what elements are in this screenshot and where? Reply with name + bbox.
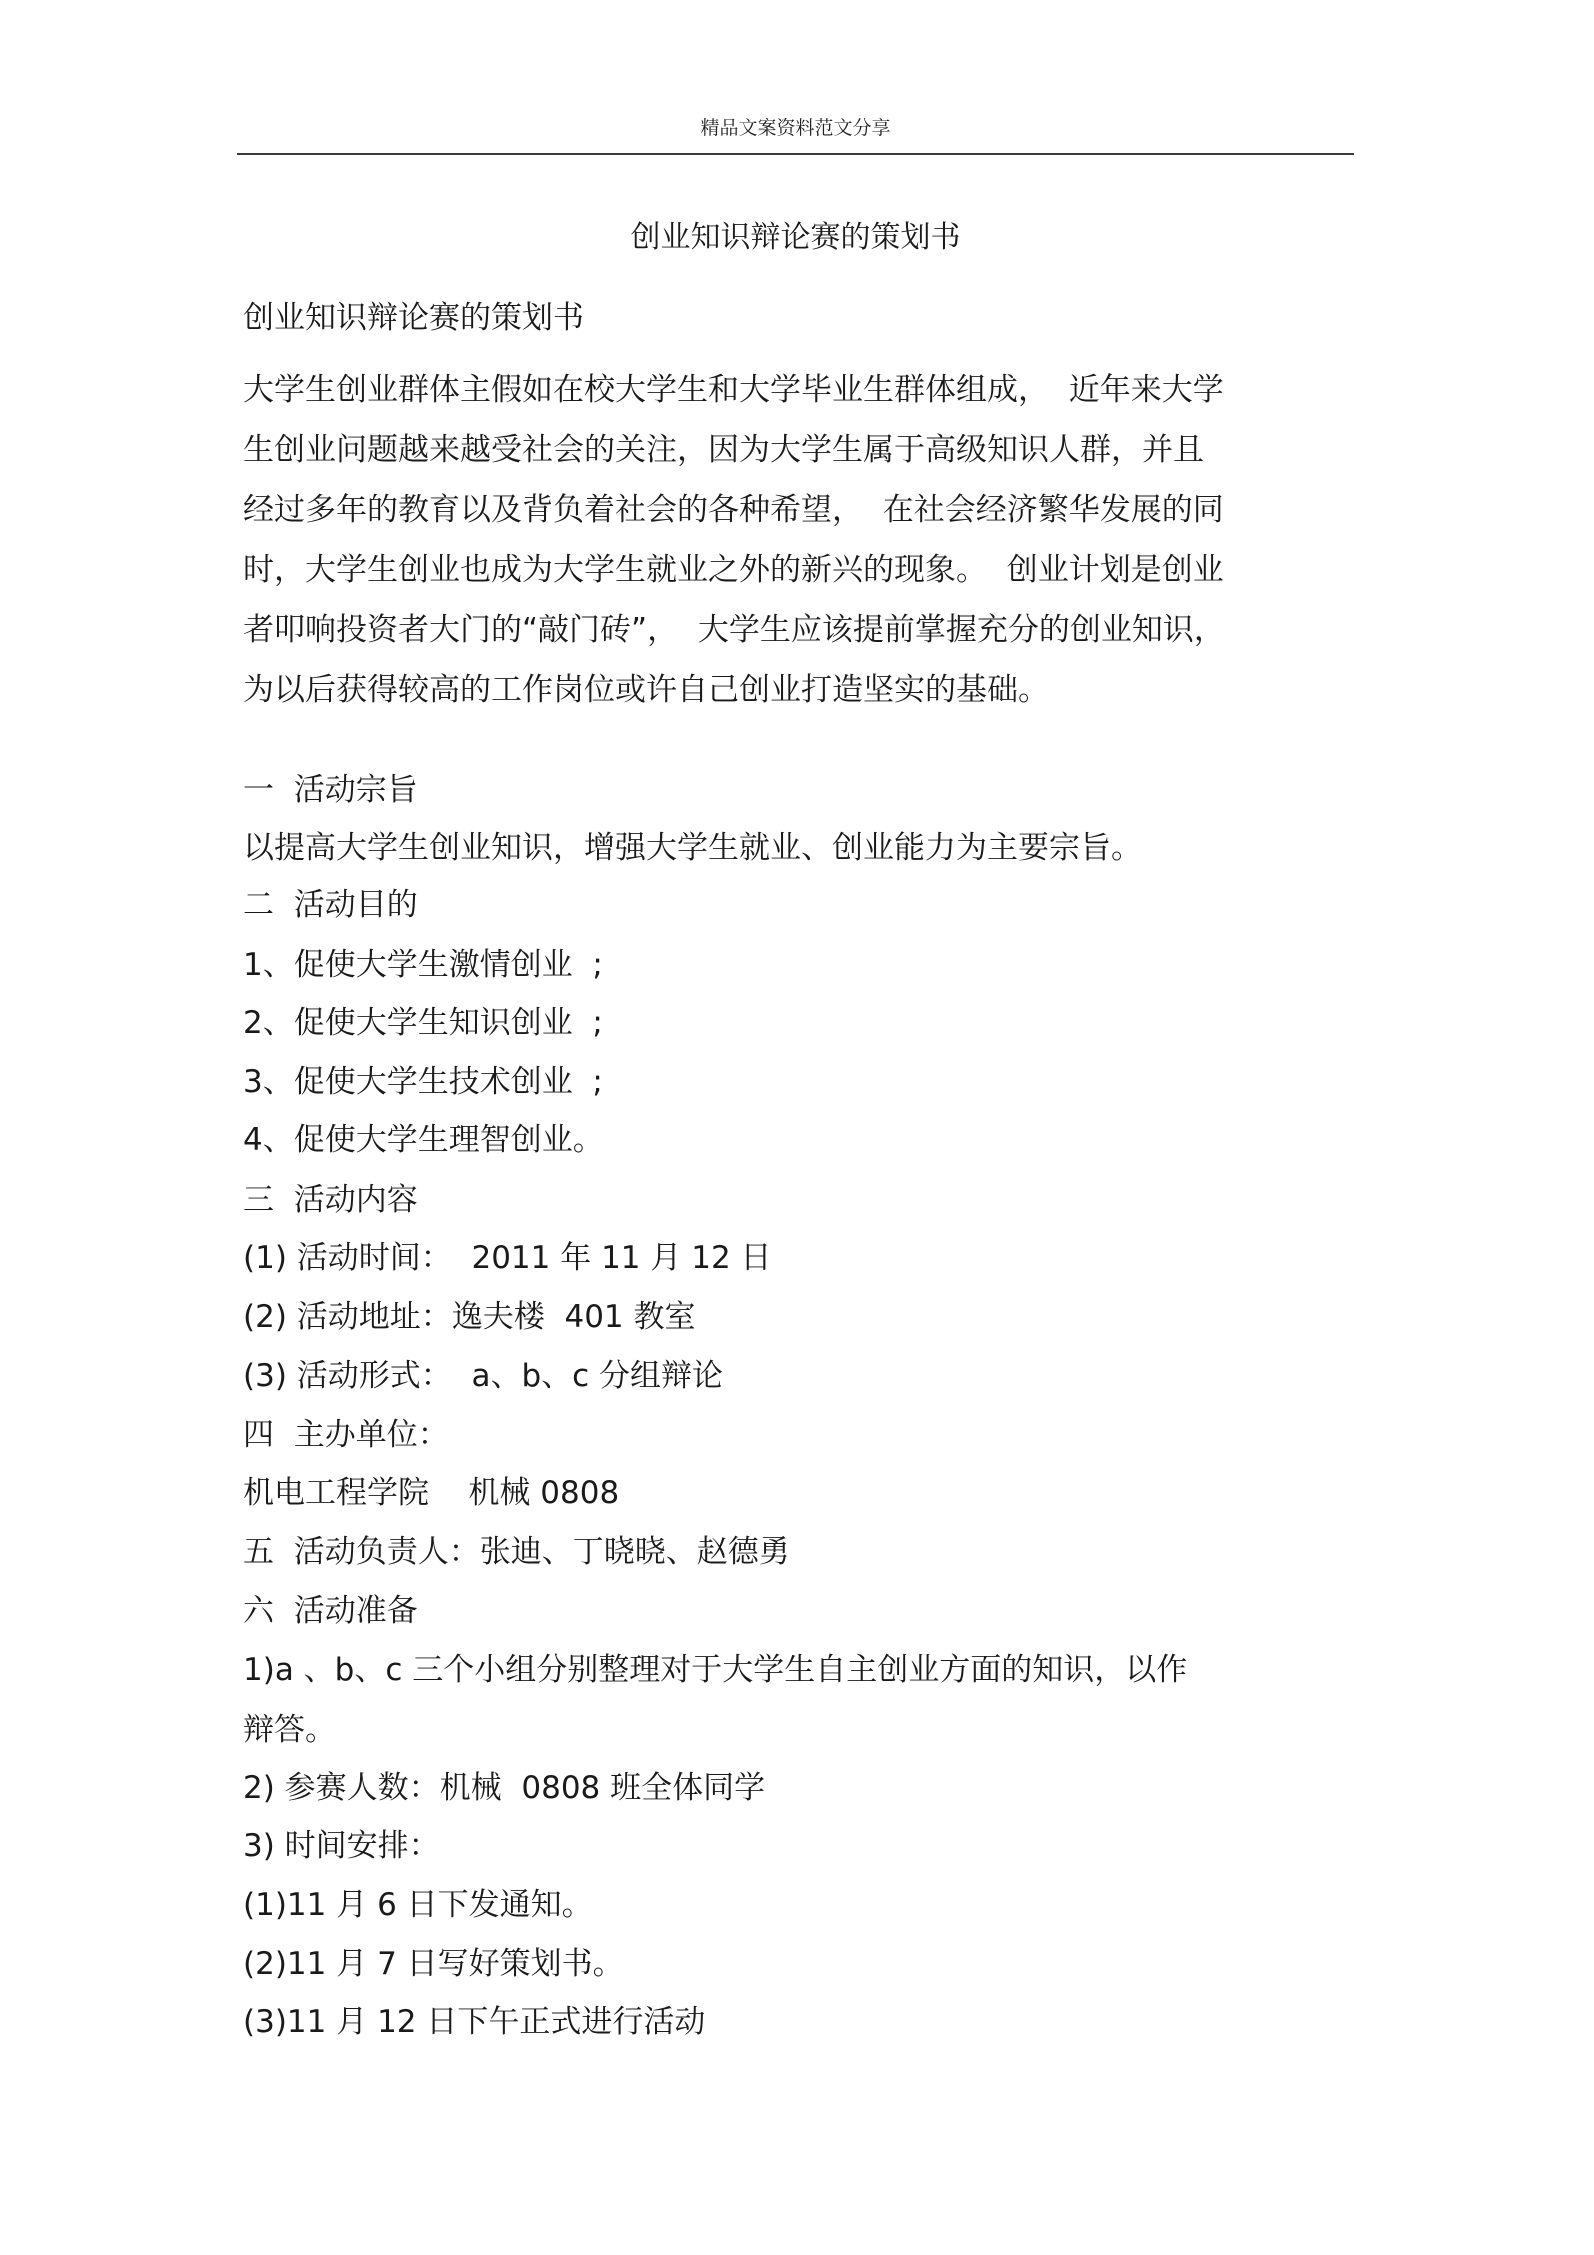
content-item-location: (2) 活动地址：逸夫楼 401 教室 [243,1297,696,1337]
intro-line: 时，大学生创业也成为大学生就业之外的新兴的现象。 创业计划是创业 [243,550,1224,590]
header-divider [237,153,1354,155]
goal-item: 2、促使大学生知识创业 ; [243,1003,603,1043]
schedule-item: (3)11 月 12 日下午正式进行活动 [243,2002,705,2042]
preparation-item: 3) 时间安排： [243,1826,440,1866]
section-heading-purpose: 一 活动宗旨 [243,770,418,810]
goal-item: 4、促使大学生理智创业。 [243,1120,604,1160]
preparation-item-continued: 辩答。 [243,1710,336,1750]
section-heading-leaders: 五 活动负责人：张迪、丁晓晓、赵德勇 [243,1532,790,1572]
document-title: 创业知识辩论赛的策划书 [237,218,1354,258]
document-subtitle: 创业知识辩论赛的策划书 [243,298,584,338]
schedule-item: (2)11 月 7 日写好策划书。 [243,1944,624,1984]
goal-item: 1、促使大学生激情创业 ; [243,945,603,985]
intro-line: 大学生创业群体主假如在校大学生和大学毕业生群体组成， 近年来大学 [243,370,1224,410]
content-item-format: (3) 活动形式： a、b、c 分组辩论 [243,1356,723,1396]
section-heading-goals: 二 活动目的 [243,885,418,925]
intro-line: 为以后获得较高的工作岗位或许自己创业打造坚实的基础。 [243,670,1049,710]
preparation-item: 1)a 、b、c 三个小组分别整理对于大学生自主创业方面的知识，以作 [243,1650,1187,1690]
section-heading-content: 三 活动内容 [243,1180,418,1220]
document-page: 精品文案资料范文分享 创业知识辩论赛的策划书 创业知识辩论赛的策划书 大学生创业… [0,0,1594,2255]
section-heading-organizer: 四 主办单位： [243,1415,449,1455]
schedule-item: (1)11 月 6 日下发通知。 [243,1885,593,1925]
goal-item: 3、促使大学生技术创业 ; [243,1062,603,1102]
intro-line: 生创业问题越来越受社会的关注，因为大学生属于高级知识人群，并且 [243,430,1204,470]
content-item-time: (1) 活动时间： 2011 年 11 月 12 日 [243,1238,772,1278]
section-body-purpose: 以提高大学生创业知识，增强大学生就业、创业能力为主要宗旨。 [243,828,1142,868]
intro-line: 经过多年的教育以及背负着社会的各种希望， 在社会经济繁华发展的同 [243,490,1224,530]
running-header: 精品文案资料范文分享 [237,113,1354,143]
section-body-organizer: 机电工程学院 机械 0808 [243,1473,619,1513]
preparation-item: 2) 参赛人数：机械 0808 班全体同学 [243,1768,765,1808]
intro-line: 者叩响投资者大门的“敲门砖”， 大学生应该提前掌握充分的创业知识， [243,610,1225,650]
section-heading-preparation: 六 活动准备 [243,1591,418,1631]
